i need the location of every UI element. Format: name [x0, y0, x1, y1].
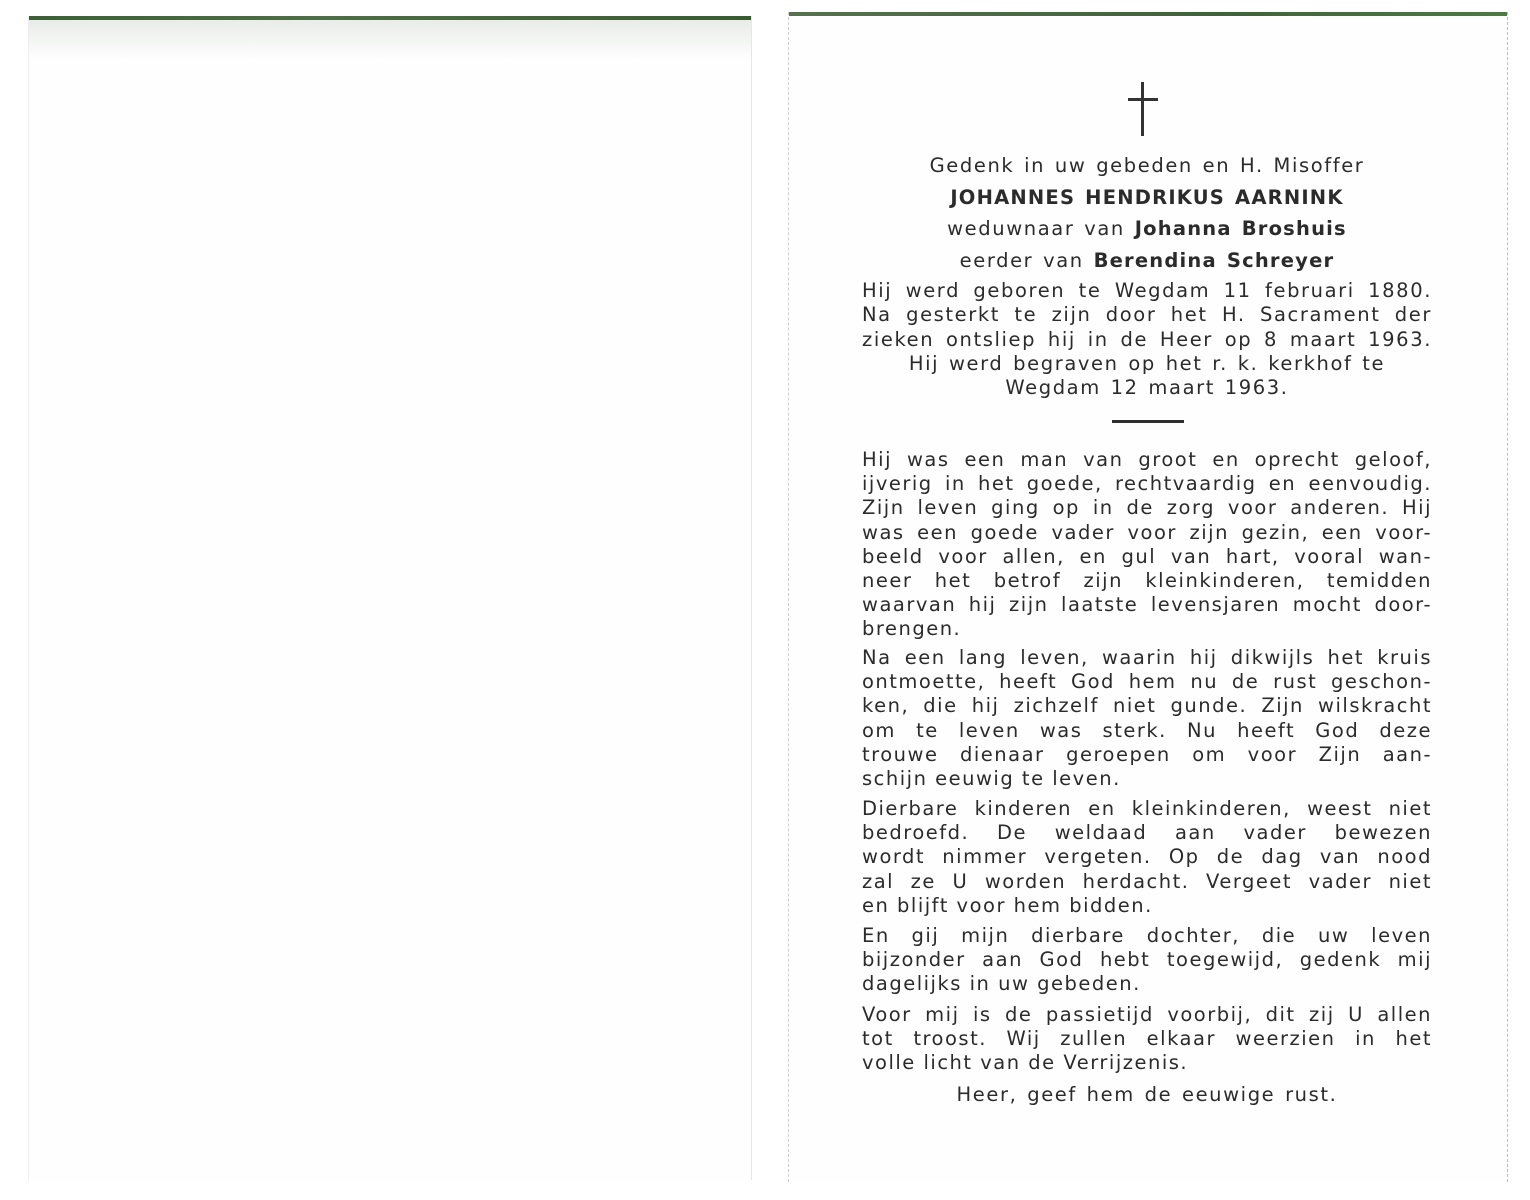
paragraph-line: ontmoette, heeft God hem nu de rust gesc… — [862, 670, 1432, 694]
eulogy-paragraph: Hij was een man van groot en oprecht gel… — [862, 448, 1432, 642]
birth-line: Hij werd geboren te Wegdam 11 februari 1… — [862, 279, 1432, 303]
paragraph-line: Dierbare kinderen en kleinkinderen, wees… — [862, 797, 1432, 821]
paragraph-line: bedroefd. De weldaad aan vader bewezen — [862, 821, 1432, 845]
biographical-facts: Hij werd geboren te Wegdam 11 februari 1… — [862, 279, 1432, 400]
paragraph-line: brengen. — [862, 617, 1432, 641]
paragraph-line: om te leven was sterk. Nu heeft God deze — [862, 719, 1432, 743]
burial-line: Hij werd begraven op het r. k. kerkhof t… — [862, 352, 1432, 376]
card-top-edge — [789, 12, 1507, 16]
latin-cross-icon — [1128, 82, 1158, 136]
paragraph-line: ijverig in het goede, rechtvaardig en ee… — [862, 472, 1432, 496]
widower-line: weduwnaar van Johanna Broshuis — [862, 213, 1432, 245]
paragraph-line: trouwe dienaar geroepen om voor Zijn aan… — [862, 743, 1432, 767]
eulogy-paragraph: En gij mijn dierbare dochter, die uw lev… — [862, 924, 1432, 997]
section-divider — [1112, 420, 1184, 423]
paragraph-line: wordt nimmer vergeten. Op de dag van noo… — [862, 845, 1432, 869]
paragraph-line: Na een lang leven, waarin hij dikwijls h… — [862, 646, 1432, 670]
paragraph-line: waarvan hij zijn laatste levensjaren moc… — [862, 593, 1432, 617]
paragraph-line: zal ze U worden herdacht. Vergeet vader … — [862, 870, 1432, 894]
paragraph-line: neer het betrof zijn kleinkinderen, temi… — [862, 569, 1432, 593]
memorial-card-back — [28, 16, 752, 1180]
paragraph-line: schijn eeuwig te leven. — [862, 767, 1432, 791]
paragraph-line: Voor mij is de passietijd voorbij, dit z… — [862, 1003, 1432, 1027]
paragraph-line: ken, die hij zichzelf niet gunde. Zijn w… — [862, 694, 1432, 718]
death-line: zieken ontsliep hij in de Heer op 8 maar… — [862, 328, 1432, 352]
eulogy-paragraph: Voor mij is de passietijd voorbij, dit z… — [862, 1003, 1432, 1076]
card-header: Gedenk in uw gebeden en H. Misoffer JOHA… — [862, 150, 1432, 276]
earlier-spouse-name: Berendina Schreyer — [1094, 249, 1335, 272]
paragraph-line: tot troost. Wij zullen elkaar weerzien i… — [862, 1027, 1432, 1051]
eulogy-paragraph: Dierbare kinderen en kleinkinderen, wees… — [862, 797, 1432, 918]
burial-date-line: Wegdam 12 maart 1963. — [862, 376, 1432, 400]
paragraph-line: en blijft voor hem bidden. — [862, 894, 1432, 918]
paragraph-line: beeld voor allen, en gul van hart, voora… — [862, 545, 1432, 569]
paragraph-line: dagelijks in uw gebeden. — [862, 972, 1432, 996]
earlier-spouse-line: eerder van Berendina Schreyer — [862, 245, 1432, 277]
paragraph-line: Zijn leven ging op in de zorg voor ander… — [862, 496, 1432, 520]
paragraph-line: volle licht van de Verrijzenis. — [862, 1051, 1432, 1075]
spouse-name: Johanna Broshuis — [1135, 217, 1347, 240]
sacrament-line: Na gesterkt te zijn door het H. Sacramen… — [862, 303, 1432, 327]
eulogy-paragraph: Na een lang leven, waarin hij dikwijls h… — [862, 646, 1432, 791]
closing-prayer: Heer, geef hem de eeuwige rust. — [862, 1083, 1432, 1107]
paragraph-line: bijzonder aan God hebt toegewijd, gedenk… — [862, 948, 1432, 972]
paragraph-line: Hij was een man van groot en oprecht gel… — [862, 448, 1432, 472]
paragraph-line: En gij mijn dierbare dochter, die uw lev… — [862, 924, 1432, 948]
card-shading — [29, 20, 751, 60]
remembrance-line: Gedenk in uw gebeden en H. Misoffer — [862, 150, 1432, 182]
deceased-name: JOHANNES HENDRIKUS AARNINK — [862, 182, 1432, 214]
paragraph-line: was een goede vader voor zijn gezin, een… — [862, 521, 1432, 545]
